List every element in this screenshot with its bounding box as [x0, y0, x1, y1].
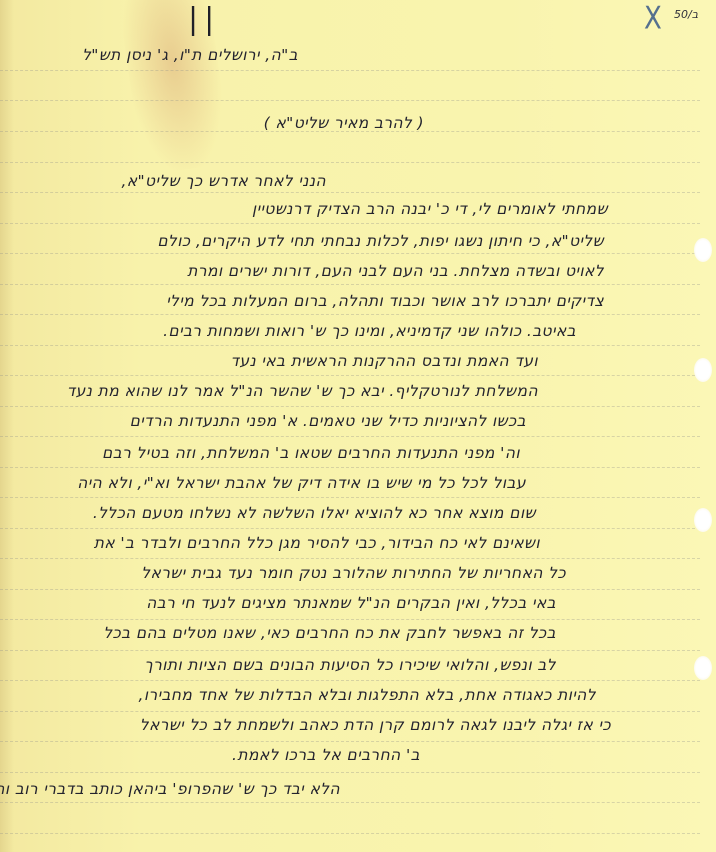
- body-line: שמחתי לאומרים לי, די כ' יבנה הרב הצדיק ד…: [252, 200, 608, 218]
- ruled-line: [0, 162, 700, 163]
- greeting: הנני לאחר אדרש כך שליט"א,: [121, 172, 326, 190]
- ruled-line: [0, 284, 700, 285]
- archive-x-mark: X: [644, 1, 662, 37]
- ruled-line: [0, 223, 700, 224]
- archive-number: 50/ב: [674, 8, 698, 21]
- ruled-line: [0, 619, 700, 620]
- ruled-line: [0, 558, 700, 559]
- ruled-line: [0, 711, 700, 712]
- ruled-line: [0, 680, 700, 681]
- ruled-line: [0, 436, 700, 437]
- body-line: וה' מפני התנעדות החרבים שטאו ב' המשלחת, …: [102, 444, 520, 462]
- body-line: ועד האמת ונדבס ההרקנות הראשית באי נעד: [230, 352, 538, 370]
- ruled-line: [0, 467, 700, 468]
- ruled-line: [0, 772, 700, 773]
- body-line: המשלחת לנורטקליף. יבא כך ש' שהשר הנ"ל אמ…: [67, 382, 538, 400]
- body-line: צדיקים יתברכו לרב אושר וכבוד ותהלה, ברום…: [166, 292, 604, 310]
- ruled-line: [0, 345, 700, 346]
- ruled-line: [0, 375, 700, 376]
- addressee: ( להרב מאיר שליט"א ): [264, 114, 424, 132]
- ruled-line: [0, 497, 700, 498]
- ruled-line: [0, 70, 700, 71]
- ruled-line: [0, 589, 700, 590]
- body-line: כל האחריות של החתירות שהלורב נטק חומר נע…: [141, 564, 566, 582]
- body-line: בכשו להציוניות כדיל שני טאמים. א' מפני ה…: [130, 412, 526, 430]
- body-line: עבול לכל כל מי שיש בו אידה דיק של אהבת י…: [77, 474, 526, 492]
- body-line: באי בכלל, ואין הבקרים הנ"ל שמאנתר מציגים…: [146, 594, 556, 612]
- ruled-line: [0, 406, 700, 407]
- ruled-line: [0, 650, 700, 651]
- dateline: ב"ה, ירושלים ת"ו, ג' ניסן תש"ל: [82, 46, 298, 64]
- ruled-line: [0, 833, 700, 834]
- ruled-line: [0, 802, 700, 803]
- ruled-line: [0, 741, 700, 742]
- paper-edge-shadow: [0, 0, 14, 852]
- ruled-line: [0, 100, 700, 101]
- body-line: לאויט ובשדה מצלחת. בני העם לבני העם, דור…: [187, 262, 604, 280]
- body-line: להיות כאגודה אחת, בלא התפלגות ובלא הבדלו…: [139, 686, 597, 704]
- header-mark: ||: [188, 2, 220, 37]
- binder-hole: [694, 656, 712, 680]
- body-line: שום מוצא אחר כא להוציא יאלו השלשה לא נשל…: [93, 504, 536, 522]
- ruled-line: [0, 192, 700, 193]
- body-line: כי אז יגלה ליבנו לגאה לרומם קרן הדת כאהב…: [140, 716, 611, 734]
- body-line: באיטב. כולהו שני קדמיניא, ומינו כך ש' רו…: [163, 322, 576, 340]
- ruled-line: [0, 314, 700, 315]
- body-line: ב' החרבים אל ברכו לאמת.: [232, 746, 420, 764]
- binder-hole: [694, 508, 712, 532]
- body-line: לב ונפש, והלואי שיכירו כל הסיעות הבונים …: [144, 656, 556, 674]
- body-line: ושאינם לאי כח הבידור, כבי להסיר מגן כלל …: [94, 534, 540, 552]
- body-line: בכל זה באפשר לחבק את כח החרבים כאי, שאנו…: [103, 624, 556, 642]
- body-line: שליט"א, כי חיתון נשגו יפות, לכלות נבחתי …: [157, 232, 604, 250]
- ruled-line: [0, 253, 700, 254]
- ruled-line: [0, 528, 700, 529]
- binder-hole: [694, 238, 712, 262]
- body-line: הלא יבד כך ש' שהפרופ' ביהאן כותב בדברי ר…: [0, 780, 340, 798]
- binder-hole: [694, 358, 712, 382]
- letter-page: || X 50/ב ב"ה, ירושלים ת"ו, ג' ניסן תש"ל…: [0, 0, 716, 852]
